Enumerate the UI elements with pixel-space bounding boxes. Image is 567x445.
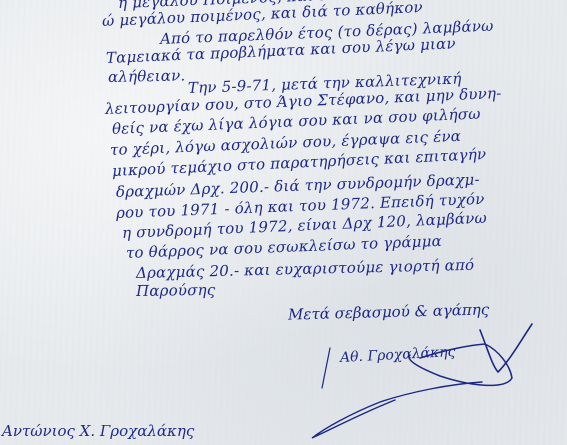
letter-line: Παρούσης [136,281,216,300]
letter-line: αλήθειαν. [108,66,186,86]
signature [270,320,560,445]
sender-name: Αντώνιος Χ. Γροχαλάκης [2,422,194,440]
signature-flourish-icon [270,320,560,445]
